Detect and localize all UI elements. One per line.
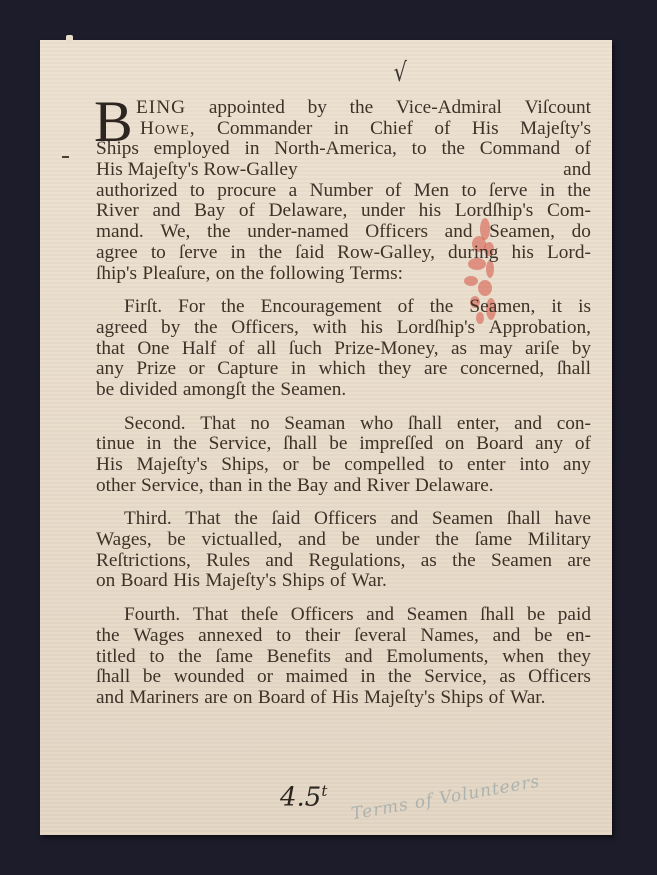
text-line: ShipsemployedinNorth-America,totheComman… — [96, 139, 591, 160]
word: in — [248, 476, 263, 497]
word: Officers — [314, 509, 377, 530]
word: annexed — [198, 626, 262, 647]
word: Command — [480, 139, 560, 160]
word: the — [173, 434, 197, 455]
word: ſame — [215, 647, 252, 668]
word: do — [572, 222, 591, 243]
word: Wages, — [96, 530, 152, 551]
text-line: thatOneHalfofallſuchPrize-Money,asmayari… — [96, 339, 591, 360]
word: ſhall — [480, 605, 514, 626]
word: when — [502, 647, 544, 668]
text-line: Wages,bevictualled,andbeundertheſameMili… — [96, 530, 591, 551]
word: or — [283, 455, 299, 476]
word: His — [173, 571, 200, 592]
word: paid — [558, 605, 591, 626]
text-line: Reſtrictions,RulesandRegulations,astheSe… — [96, 551, 591, 572]
word: any — [96, 359, 124, 380]
word: EING — [136, 98, 186, 119]
document-page: √ BEINGappointedbytheVice-AdmiralViſcoun… — [40, 40, 612, 835]
word: ſame — [475, 530, 512, 551]
word: on — [216, 264, 235, 285]
word: his — [360, 318, 383, 339]
text-line: authorizedtoprocureaNumberofMentoſervein… — [96, 181, 591, 202]
word: Names, — [420, 626, 478, 647]
word: the — [441, 139, 465, 160]
word: and — [298, 530, 326, 551]
word: Bay — [297, 476, 328, 497]
word: ſerve — [489, 181, 528, 202]
word: ariſe — [525, 339, 559, 360]
word: ſhall — [557, 359, 591, 380]
word: of — [575, 434, 591, 455]
word: Service, — [209, 434, 272, 455]
word: of — [575, 139, 591, 160]
word: His — [472, 119, 499, 140]
word: Regulations, — [309, 551, 406, 572]
word: the — [207, 222, 231, 243]
word: procure — [217, 181, 276, 202]
word: on — [445, 434, 464, 455]
text-line: tinueintheService,ſhallbeimpreſſedonBoar… — [96, 434, 591, 455]
word: to — [149, 647, 164, 668]
text-line: titledtotheſameBenefitsandEmoluments,whe… — [96, 647, 591, 668]
word: are — [204, 688, 228, 709]
word: the — [350, 98, 374, 119]
text-line: Firſt.FortheEncouragementoftheSeamen,iti… — [96, 297, 591, 318]
word: Pleaſure, — [142, 264, 210, 285]
word: Capture — [217, 359, 278, 380]
word: Benefits — [267, 647, 331, 668]
text-line: bedividedamongſttheSeamen. — [96, 380, 591, 401]
text-line: Fourth.ThattheſeOfficersandSeamenſhallbe… — [96, 605, 591, 626]
word: be — [534, 626, 552, 647]
word: into — [519, 455, 549, 476]
word: Officers — [365, 222, 428, 243]
word: agreed — [96, 318, 147, 339]
word: theſe — [241, 605, 278, 626]
word: Bay — [194, 201, 225, 222]
word: Wages — [133, 626, 184, 647]
word: That — [200, 414, 235, 435]
word: Ships, — [221, 455, 269, 476]
word: be — [527, 605, 545, 626]
word: For — [178, 297, 205, 318]
word: enter — [467, 455, 506, 476]
word: enter, — [457, 414, 500, 435]
word: Board — [121, 571, 168, 592]
word: Officers, — [231, 318, 299, 339]
word: it — [551, 297, 562, 318]
word: mand. — [96, 222, 144, 243]
word: ſeveral — [354, 626, 406, 647]
word: any — [535, 434, 563, 455]
word: Com- — [547, 201, 591, 222]
word: Majeſty's — [137, 455, 208, 476]
word: following — [269, 264, 344, 285]
word: Seamen — [407, 605, 468, 626]
word: than — [209, 476, 242, 497]
word: Chief — [370, 119, 413, 140]
word: Seamen, — [489, 222, 555, 243]
word: Majeſty's — [520, 119, 591, 140]
word: the — [435, 530, 459, 551]
word: Reſtrictions, — [96, 551, 191, 572]
word: North-America, — [274, 139, 397, 160]
word: and — [493, 626, 521, 647]
word: by — [308, 98, 327, 119]
word: maimed — [286, 667, 348, 688]
word: in — [230, 243, 245, 264]
text-line: Third.ThattheſaidOfficersandSeamenſhallh… — [96, 509, 591, 530]
word: be — [96, 380, 114, 401]
term-paragraph-2: Second.ThatnoSeamanwhoſhallenter,andcon-… — [96, 414, 591, 497]
word: War. — [351, 571, 386, 592]
word: be — [143, 667, 161, 688]
word: Prize-Money, — [334, 339, 438, 360]
word: the — [268, 476, 292, 497]
word: His Majeſty's Row-Galley — [96, 160, 298, 181]
word: under-named — [247, 222, 348, 243]
word: Encouragement — [261, 297, 382, 318]
word: have — [555, 509, 591, 530]
paper-tab — [66, 35, 73, 42]
word: they — [558, 647, 591, 668]
text-line: RiverandBayofDelaware,underhisLordſhip's… — [96, 201, 591, 222]
word: during — [448, 243, 498, 264]
word: We, — [160, 222, 190, 243]
word: amongſt — [183, 380, 246, 401]
text-line: mand.We,theunder-namedOfficersandSeamen,… — [96, 222, 591, 243]
word: be — [342, 530, 360, 551]
word: of — [385, 181, 401, 202]
word: the — [234, 509, 258, 530]
word: River — [96, 201, 139, 222]
word: Officers — [528, 667, 591, 688]
word: ſhall — [96, 667, 130, 688]
word: or — [257, 667, 273, 688]
word: Ships — [282, 571, 325, 592]
handwritten-price: 4.5t — [280, 782, 327, 813]
word: Seamen — [432, 509, 493, 530]
word: the — [240, 264, 264, 285]
word: be — [312, 455, 330, 476]
word: and — [153, 201, 181, 222]
word: and — [366, 605, 394, 626]
word: and — [390, 509, 418, 530]
word: and — [514, 414, 542, 435]
term-paragraph-1: Firſt.FortheEncouragementoftheSeamen,iti… — [96, 297, 591, 400]
word: That — [185, 509, 220, 530]
word: Men — [414, 181, 449, 202]
word: that — [96, 339, 125, 360]
word: in — [360, 667, 375, 688]
word: other — [96, 476, 136, 497]
word: Half — [182, 339, 216, 360]
word: of — [310, 688, 326, 709]
word: any — [563, 455, 591, 476]
word: on — [96, 571, 115, 592]
text-line: Second.ThatnoSeamanwhoſhallenter,andcon- — [96, 414, 591, 435]
word: Seamen, — [469, 297, 535, 318]
word: who — [360, 414, 393, 435]
checkmark-annotation: √ — [394, 58, 407, 88]
word: under — [361, 201, 405, 222]
word: Ships — [440, 688, 483, 709]
word: appointed — [209, 98, 285, 119]
word: by — [572, 339, 591, 360]
word: of — [489, 688, 505, 709]
text-line: EINGappointedbytheVice-AdmiralViſcount — [96, 98, 591, 119]
word: wounded — [174, 667, 245, 688]
term-paragraph-3: Third.ThattheſaidOfficersandSeamenſhallh… — [96, 509, 591, 592]
word: ſaid — [295, 243, 324, 264]
text-line: ſhip'sPleaſure,onthefollowingTerms: — [96, 264, 591, 285]
word: Lord- — [547, 243, 591, 264]
word: in — [244, 139, 259, 160]
word: Military — [528, 530, 591, 551]
word: con- — [557, 414, 591, 435]
word: of — [330, 571, 346, 592]
word: agree — [96, 243, 138, 264]
word: to — [151, 243, 166, 264]
word: That — [193, 605, 228, 626]
word: One — [137, 339, 169, 360]
text-line: ſhallbewoundedormaimedintheService,asOff… — [96, 667, 591, 688]
word: Lordſhip's — [397, 318, 475, 339]
word: Mariners — [129, 688, 199, 709]
word: impreſſed — [359, 434, 433, 455]
word: no — [250, 414, 269, 435]
word: titled — [96, 647, 136, 668]
word: ſuch — [289, 339, 322, 360]
word: to — [461, 181, 476, 202]
word: as — [451, 339, 467, 360]
word: the — [194, 318, 218, 339]
word: be — [329, 434, 347, 455]
word: Viſcount — [525, 98, 591, 119]
word: Majeſty's — [364, 688, 435, 709]
word: and — [563, 160, 591, 181]
word: his — [511, 243, 534, 264]
word: the — [567, 181, 591, 202]
word: War. — [510, 688, 545, 709]
word: the — [96, 626, 120, 647]
word: ſhall — [283, 434, 317, 455]
word: by — [161, 318, 180, 339]
word: Howe, — [140, 119, 196, 140]
word: are — [567, 551, 591, 572]
word: Majeſty's — [205, 571, 276, 592]
word: His — [96, 455, 123, 476]
word: Board — [258, 688, 305, 709]
word: the — [430, 297, 454, 318]
word: their — [305, 626, 340, 647]
word: Lordſhip's — [455, 201, 533, 222]
word: all — [257, 339, 276, 360]
margin-dash-mark — [62, 156, 69, 158]
word: be — [167, 530, 185, 551]
word: of — [239, 201, 255, 222]
word: in — [146, 434, 161, 455]
text-line: agreedbytheOfficers,withhisLordſhip'sApp… — [96, 318, 591, 339]
word: as — [421, 551, 437, 572]
word: and — [445, 222, 473, 243]
pencil-note: Terms of Volunteers — [350, 772, 542, 825]
text-line: anyPrizeorCaptureinwhichtheyareconcerned… — [96, 359, 591, 380]
word: or — [189, 359, 205, 380]
text-line: onBoardHisMajeſty'sShipsofWar. — [96, 571, 591, 592]
text-line: HisMajeſty'sShips,orbecompelledtoenterin… — [96, 455, 591, 476]
word: compelled — [344, 455, 424, 476]
word: Vice-Admiral — [396, 98, 502, 119]
word: Fourth. — [124, 605, 180, 626]
word: ſaid — [271, 509, 300, 530]
word: Prize — [136, 359, 176, 380]
intro-paragraph: BEINGappointedbytheVice-AdmiralViſcountH… — [96, 98, 591, 284]
word: authorized — [96, 181, 177, 202]
word: employed — [154, 139, 230, 160]
word: Third. — [124, 509, 172, 530]
word: tinue — [96, 434, 135, 455]
word: victualled, — [201, 530, 282, 551]
word: his — [419, 201, 442, 222]
word: of — [229, 339, 245, 360]
word: Number — [310, 181, 373, 202]
text-line: His Majeſty's Row-Galleyand — [96, 160, 591, 181]
word: Firſt. — [124, 297, 162, 318]
word: River — [367, 476, 410, 497]
document-body: BEINGappointedbytheVice-AdmiralViſcountH… — [96, 98, 591, 709]
word: the — [221, 297, 245, 318]
word: ſhall — [507, 509, 541, 530]
word: the — [178, 647, 202, 668]
dropcap: B — [94, 99, 133, 145]
word: which — [318, 359, 365, 380]
word: Service, — [141, 476, 204, 497]
word: in — [540, 181, 555, 202]
word: ſhall — [408, 414, 442, 435]
word: of — [398, 297, 414, 318]
word: the — [388, 667, 412, 688]
word: ſerve — [179, 243, 218, 264]
word: Approbation, — [489, 318, 591, 339]
word: concerned, — [460, 359, 544, 380]
word: and — [265, 551, 293, 572]
text-line: theWagesannexedtotheirſeveralNames,andbe… — [96, 626, 591, 647]
word: to — [190, 181, 205, 202]
word: Row-Galley, — [337, 243, 435, 264]
word: Service, — [424, 667, 487, 688]
word: a — [289, 181, 298, 202]
word: to — [438, 455, 453, 476]
word: and — [333, 476, 361, 497]
word: may — [479, 339, 512, 360]
word: Commander — [217, 119, 312, 140]
word: to — [412, 139, 427, 160]
word: Seamen — [491, 551, 552, 572]
word: to — [276, 626, 291, 647]
word: and — [96, 688, 124, 709]
text-line: agreetoſerveintheſaidRow-Galley,duringhi… — [96, 243, 591, 264]
word: Delaware. — [415, 476, 494, 497]
text-line: otherService,thanintheBayandRiverDelawar… — [96, 476, 591, 497]
word: in — [291, 359, 306, 380]
word: the — [259, 243, 283, 264]
word: in — [334, 119, 349, 140]
word: of — [434, 119, 450, 140]
text-line: Howe,CommanderinChiefofHisMajeſty's — [96, 119, 591, 140]
word: Emoluments, — [386, 647, 488, 668]
word: Delaware, — [269, 201, 348, 222]
word: on — [233, 688, 252, 709]
word: with — [313, 318, 347, 339]
word: is — [578, 297, 591, 318]
word: en- — [566, 626, 591, 647]
word: under — [376, 530, 420, 551]
word: and — [345, 647, 373, 668]
word: divided — [120, 380, 178, 401]
word: Officers — [291, 605, 354, 626]
word: Rules — [206, 551, 250, 572]
word: they — [378, 359, 411, 380]
word: the — [452, 551, 476, 572]
word: Second. — [124, 414, 186, 435]
word: Terms: — [350, 264, 403, 285]
word: Seamen. — [280, 380, 346, 401]
word: are — [424, 359, 448, 380]
word: His — [332, 688, 359, 709]
text-line: andMarinersareonBoardofHisMajeſty'sShips… — [96, 688, 591, 709]
word: Board — [476, 434, 523, 455]
word: the — [251, 380, 275, 401]
word: ſhip's — [96, 264, 137, 285]
word: as — [499, 667, 515, 688]
word: Seaman — [284, 414, 345, 435]
term-paragraph-4: Fourth.ThattheſeOfficersandSeamenſhallbe… — [96, 605, 591, 708]
